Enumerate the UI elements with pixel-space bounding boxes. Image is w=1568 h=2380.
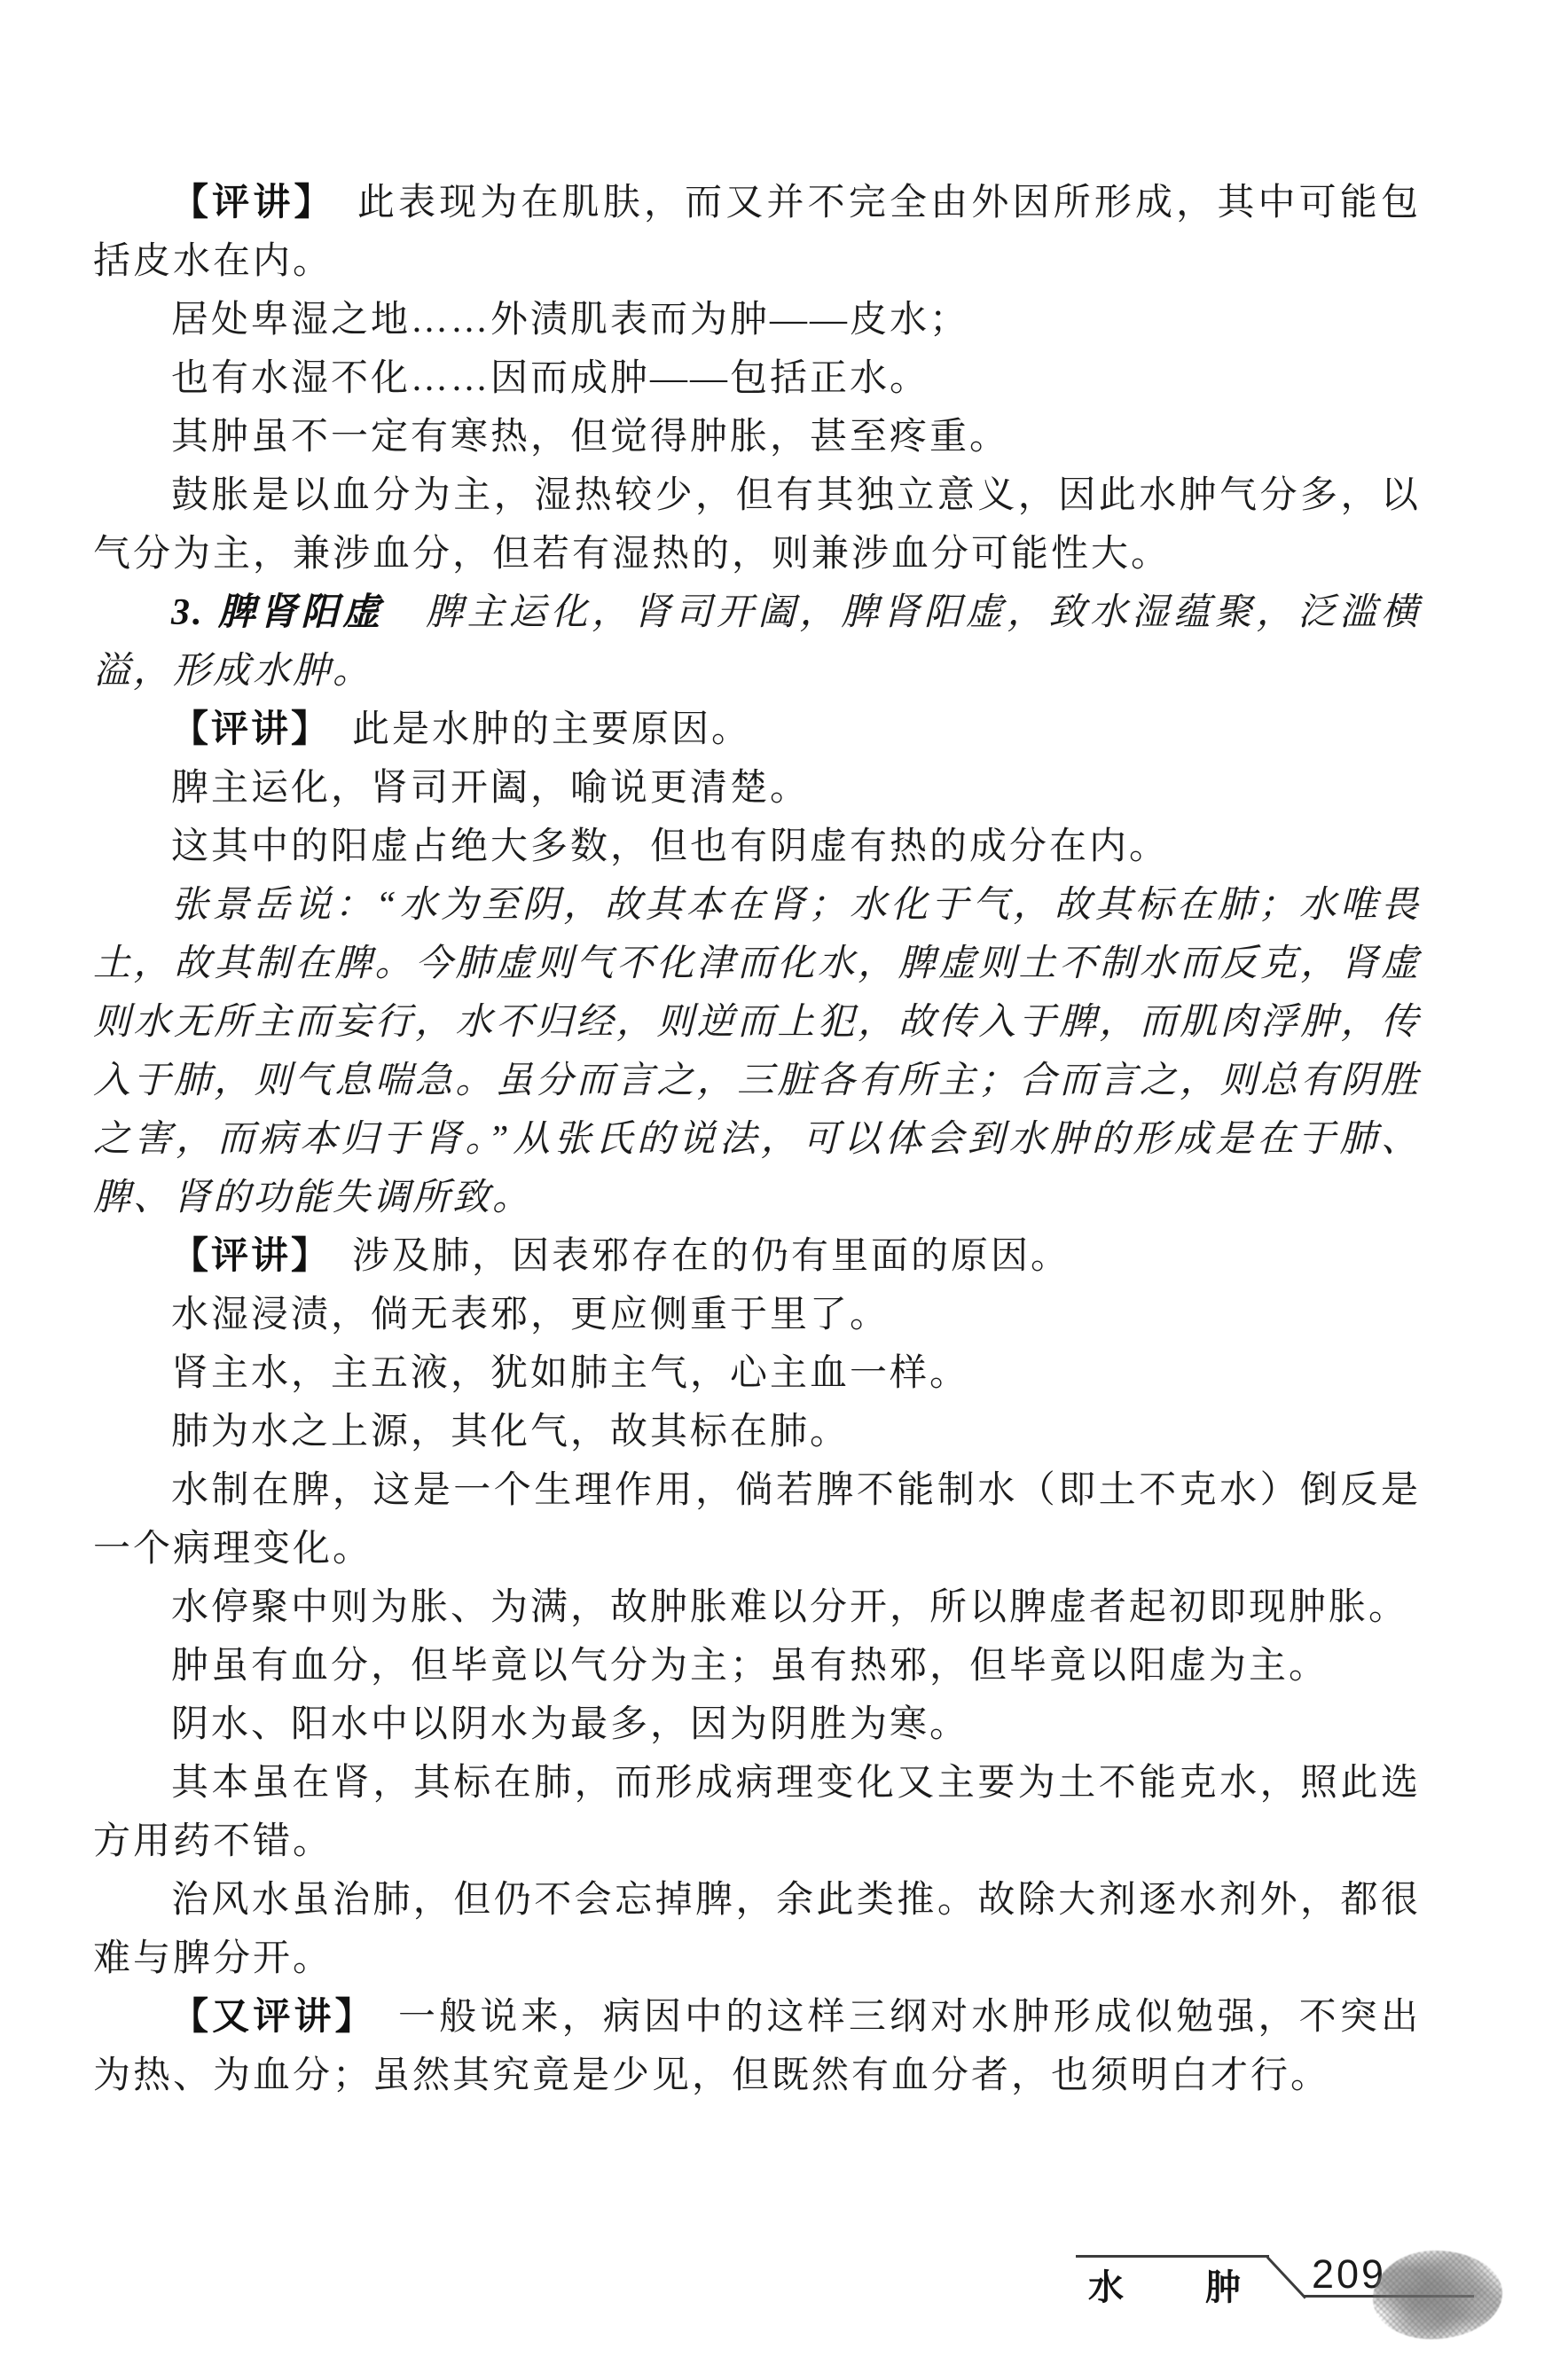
commentary-marker: 【评讲】 [171,1236,352,1277]
paragraph-text: 涉及肺，因表邪存在的仍有里面的原因。 [352,1236,1070,1277]
document-page: 【评讲】 此表现为在肌肤，而又并不完全由外因所形成，其中可能包括皮水在内。 居处… [0,0,1568,2380]
paragraph-text: 其本虽在肾，其标在肺，而形成病理变化又主要为土不能克水，照此选方用药不错。 [93,1763,1421,1862]
paragraph-comment-2: 【评讲】 此是水肿的主要原因。 [93,701,1421,759]
paragraph-19: 其本虽在肾，其标在肺，而形成病理变化又主要为土不能克水，照此选方用药不错。 [93,1754,1421,1871]
paragraph-text: 治风水虽治肺，但仍不会忘掉脾，余此类推。故除大剂逐水剂外，都很难与脾分开。 [93,1880,1421,1979]
paragraph-zhang-jingyue-quote: 张景岳说：“水为至阴，故其本在肾；水化于气，故其标在肺；水唯畏土，故其制在脾。今… [93,876,1421,1227]
paragraph-8: 脾主运化，肾司开阖，喻说更清楚。 [93,759,1421,818]
paragraph-2: 居处卑湿之地……外渍肌表而为肿——皮水； [93,291,1421,349]
paragraph-comment-3: 【评讲】 涉及肺，因表邪存在的仍有里面的原因。 [93,1227,1421,1286]
paragraph-text: 张景岳说：“水为至阴，故其本在肾；水化于气，故其标在肺；水唯畏土，故其制在脾。今… [93,885,1421,1218]
running-title-char: 水 [1088,2270,1124,2306]
paragraph-text: 这其中的阳虚占绝大多数，但也有阴虚有热的成分在内。 [171,826,1169,867]
paragraph-comment-4: 【又评讲】 一般说来，病因中的这样三纲对水肿形成似勉强，不突出为热、为血分；虽然… [93,1988,1421,2105]
running-title-char: 肿 [1205,2270,1241,2306]
paragraph-18: 阴水、阳水中以阴水为最多，因为阴胜为寒。 [93,1695,1421,1754]
paragraph-text: 肾主水，主五液，犹如肺主气，心主血一样。 [171,1353,969,1394]
commentary-marker: 【评讲】 [171,709,352,750]
footer-rule-diagonal [1266,2256,1306,2298]
paragraph-text: 脾主运化，肾司开阖，喻说更清楚。 [171,768,810,809]
paragraph-4: 其肿虽不一定有寒热，但觉得肿胀，甚至疼重。 [93,408,1421,466]
footer-rule-upper [1076,2255,1269,2258]
paragraph-20: 治风水虽治肺，但仍不会忘掉脾，余此类推。故除大剂逐水剂外，都很难与脾分开。 [93,1871,1421,1988]
paragraph-9: 这其中的阳虚占绝大多数，但也有阴虚有热的成分在内。 [93,818,1421,876]
paragraph-text: 也有水湿不化……因而成肿——包括正水。 [171,358,929,399]
body-text: 【评讲】 此表现为在肌肤，而又并不完全由外因所形成，其中可能包括皮水在内。 居处… [93,174,1421,2105]
paragraph-text: 居处卑湿之地……外渍肌表而为肿——皮水； [171,300,969,341]
paragraph-text: 此是水肿的主要原因。 [352,709,751,750]
paragraph-15: 水制在脾，这是一个生理作用，倘若脾不能制水（即土不克水）倒反是一个病理变化。 [93,1461,1421,1578]
paragraph-14: 肺为水之上源，其化气，故其标在肺。 [93,1403,1421,1461]
commentary-marker: 【又评讲】 [171,1997,398,2038]
ink-stamp-seal [1373,2251,1502,2339]
paragraph-text: 肿虽有血分，但毕竟以气分为主；虽有热邪，但毕竟以阳虚为主。 [171,1646,1329,1687]
paragraph-text: 水制在脾，这是一个生理作用，倘若脾不能制水（即土不克水）倒反是一个病理变化。 [93,1470,1421,1570]
paragraph-text: 其肿虽不一定有寒热，但觉得肿胀，甚至疼重。 [171,417,1009,458]
paragraph-3: 也有水湿不化……因而成肿——包括正水。 [93,349,1421,408]
paragraph-heading-spleen-kidney-yang-deficiency: 3. 脾肾阳虚 脾主运化，肾司开阖，脾肾阳虚，致水湿蕴聚，泛滥横溢，形成水肿。 [93,583,1421,701]
commentary-marker: 【评讲】 [171,183,357,223]
paragraph-12: 水湿浸渍，倘无表邪，更应侧重于里了。 [93,1286,1421,1344]
paragraph-comment-1: 【评讲】 此表现为在肌肤，而又并不完全由外因所形成，其中可能包括皮水在内。 [93,174,1421,291]
running-title: 水 肿 [1088,2270,1241,2306]
paragraph-5: 鼓胀是以血分为主，湿热较少，但有其独立意义，因此水肿气分多，以气分为主，兼涉血分… [93,466,1421,583]
paragraph-13: 肾主水，主五液，犹如肺主气，心主血一样。 [93,1344,1421,1403]
paragraph-17: 肿虽有血分，但毕竟以气分为主；虽有热邪，但毕竟以阳虚为主。 [93,1637,1421,1695]
section-number-label: 3. 脾肾阳虚 [171,592,426,633]
paragraph-text: 水停聚中则为胀、为满，故肿胀难以分开，所以脾虚者起初即现肿胀。 [171,1587,1408,1628]
paragraph-text: 阴水、阳水中以阴水为最多，因为阴胜为寒。 [171,1704,969,1745]
paragraph-text: 鼓胀是以血分为主，湿热较少，但有其独立意义，因此水肿气分多，以气分为主，兼涉血分… [93,475,1421,575]
paragraph-text: 肺为水之上源，其化气，故其标在肺。 [171,1412,850,1452]
paragraph-text: 水湿浸渍，倘无表邪，更应侧重于里了。 [171,1295,890,1335]
paragraph-16: 水停聚中则为胀、为满，故肿胀难以分开，所以脾虚者起初即现肿胀。 [93,1578,1421,1637]
